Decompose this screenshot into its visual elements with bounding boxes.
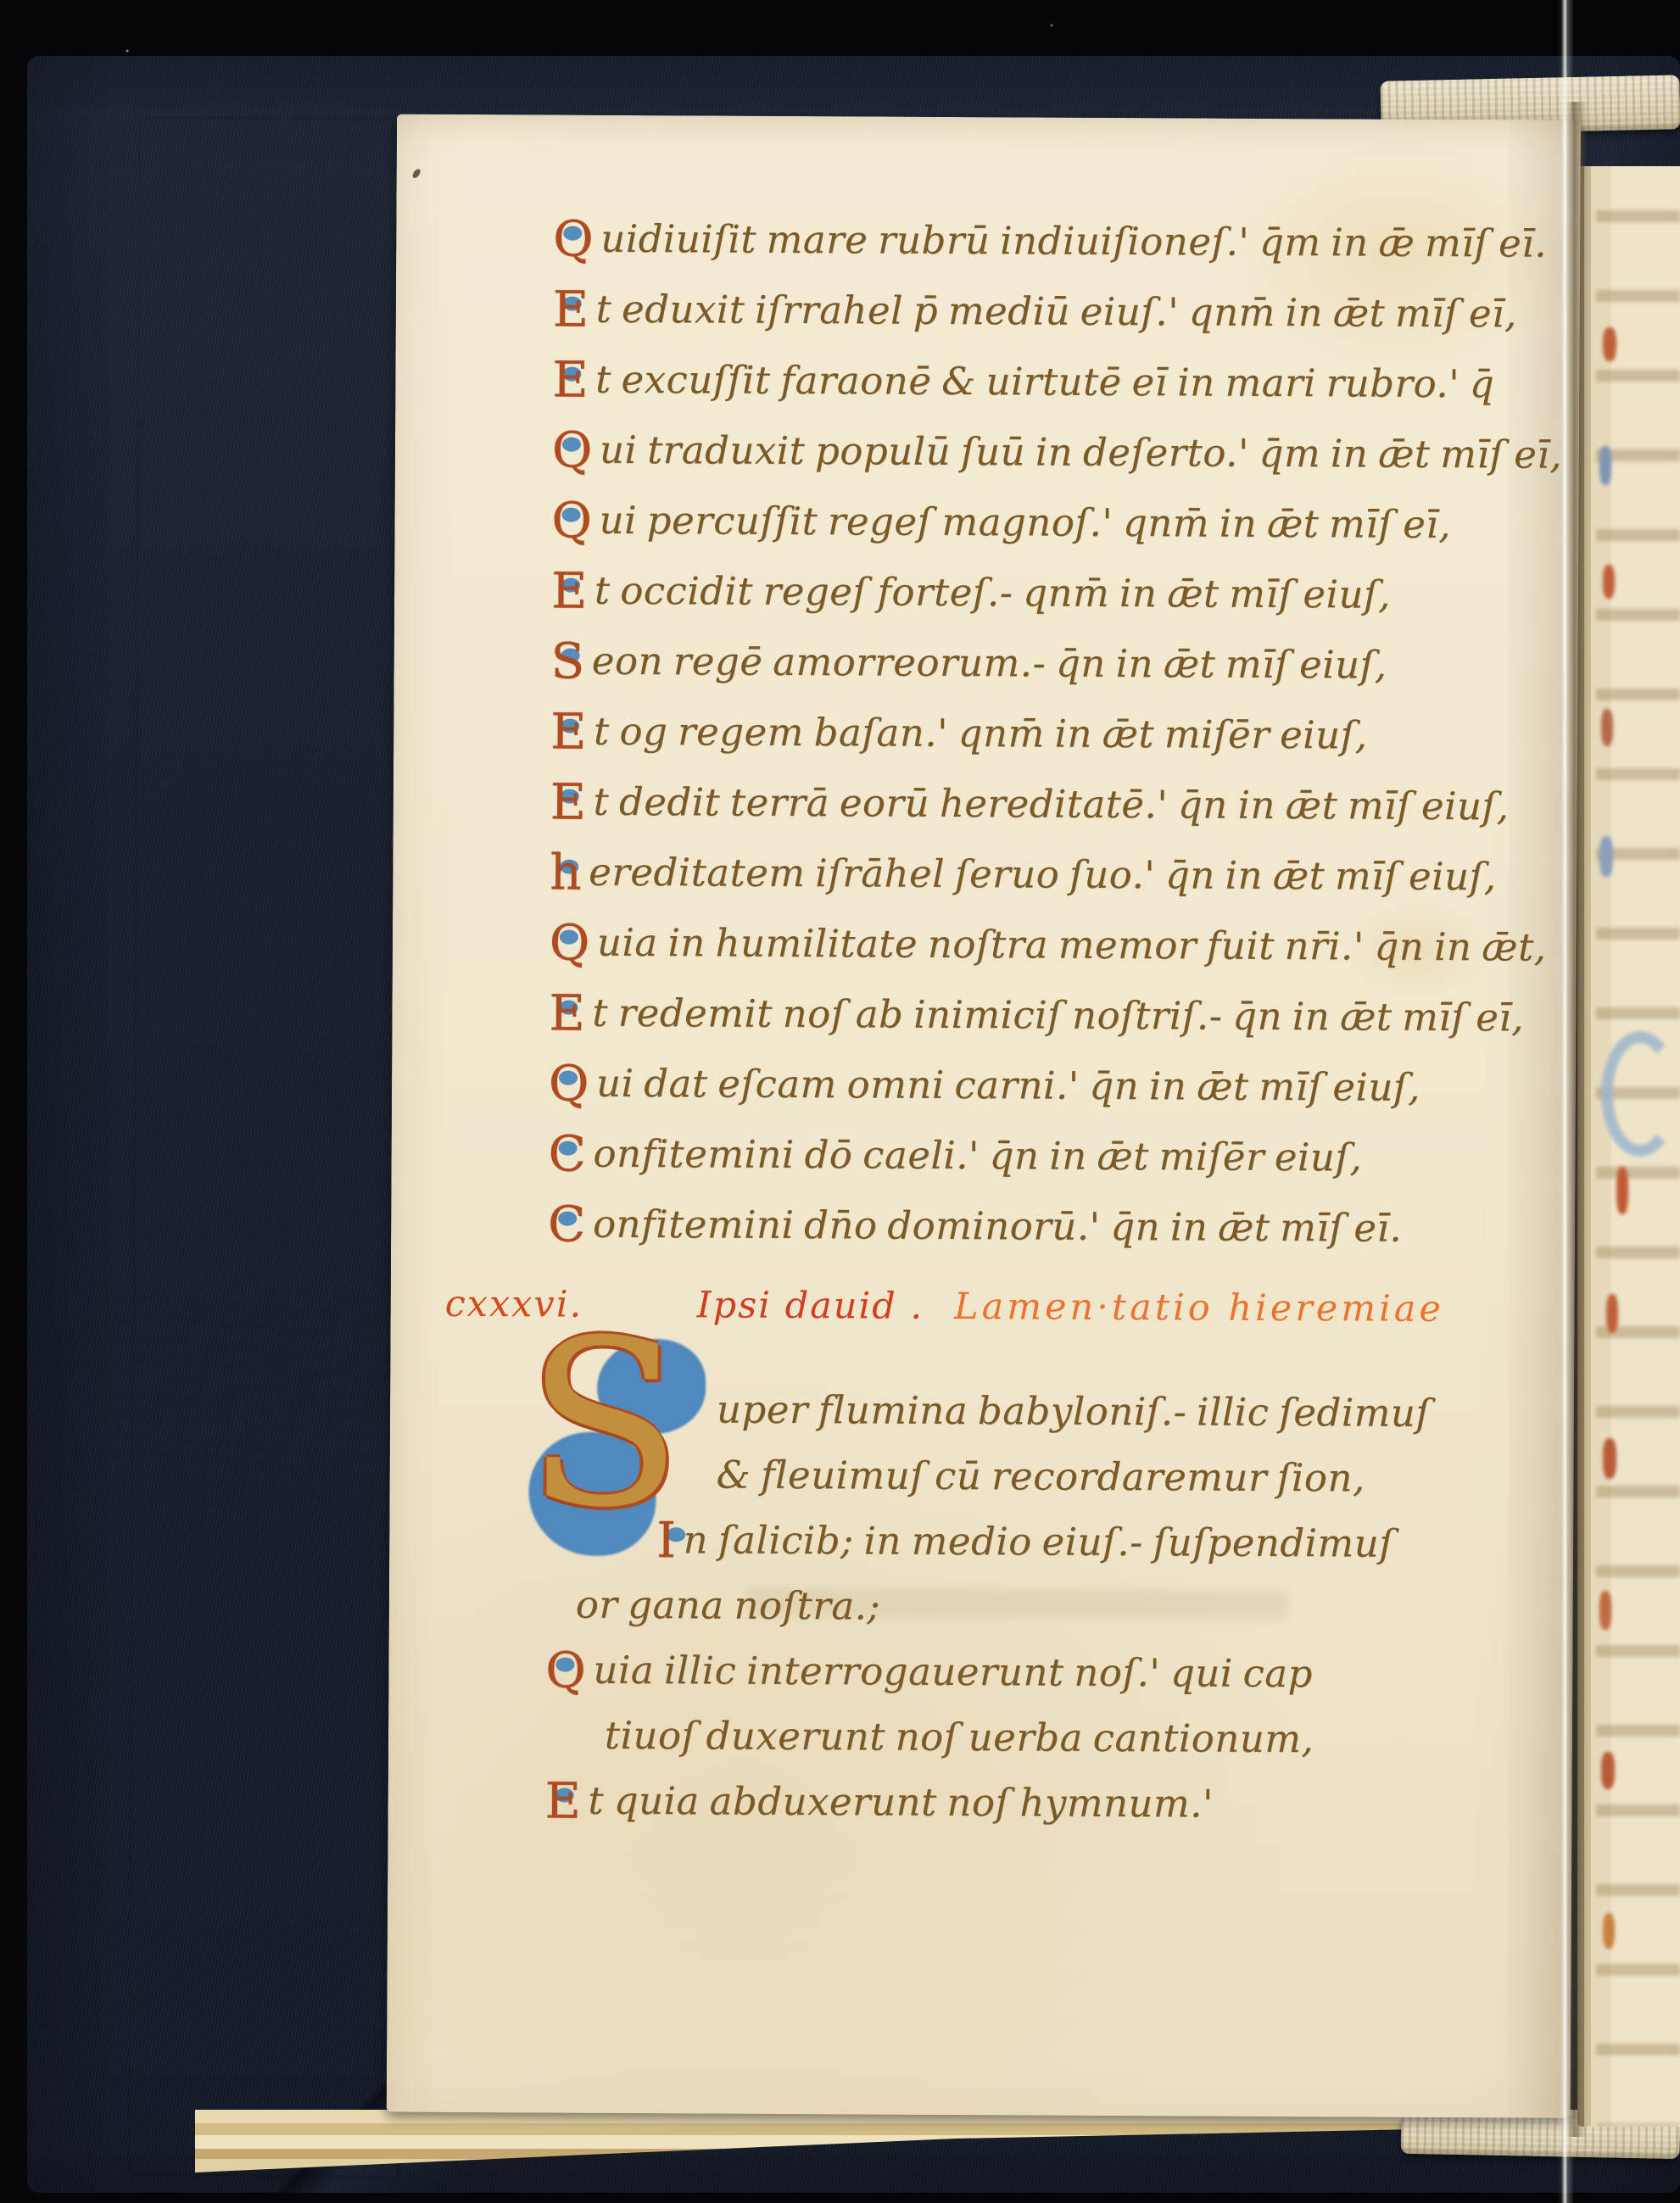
psalm-line: Qui dat eſcam omni carni.' q̄n in ǣt mīſ… <box>549 1047 1560 1123</box>
facing-initial-mark <box>1603 327 1616 361</box>
verse-text: uia in humilitate noſtra memor fuit nr̄i… <box>597 920 1547 970</box>
drop-cap-letter: S <box>525 1309 683 1539</box>
verse-initial: Q <box>552 425 593 474</box>
psalm-line: Et eduxit iſrrahel p̄ mediū eiuſ.' qnm̄ … <box>553 274 1564 349</box>
verse-text: t quia abduxerunt noſ hymnum.' <box>588 1778 1214 1827</box>
facing-initial-mark <box>1606 1294 1618 1333</box>
psalm-line: tiuoſ duxerunt noſ uerba cantionum, <box>605 1703 1429 1772</box>
facing-page-edge <box>1577 166 1680 2127</box>
verse-text: uper flumina babyloniſ.- illic ſedimuſ <box>717 1387 1431 1436</box>
verse-text: eon regē amorreorum.- q̄n in ǣt mīſ eiuſ… <box>592 639 1387 688</box>
verse-text: t eduxit iſrrahel p̄ mediū eiuſ.' qnm̄ i… <box>596 287 1517 337</box>
psalm-line: Et occidit regeſ forteſ.- qnm̄ in ǣt mīſ… <box>551 555 1562 630</box>
psalm-line: Qui percuſſit regeſ magnoſ.' qnm̄ in ǣt … <box>551 485 1562 561</box>
psalm-line: Quidiuiſit mare rubrū indiuiſioneſ.' q̄m… <box>553 204 1564 279</box>
facing-initial-mark <box>1603 1913 1615 1949</box>
manuscript-photograph: Quidiuiſit mare rubrū indiuiſioneſ.' q̄m… <box>0 0 1680 2203</box>
psalm-line: Quia illic interrogauerunt noſ.' qui cap <box>545 1637 1429 1706</box>
verse-initial: E <box>550 777 587 826</box>
psalm-135-textblock: Quidiuiſit mare rubrū indiuiſioneſ.' q̄m… <box>548 204 1564 1264</box>
facing-initial-mark <box>1601 709 1613 746</box>
verse-initial: E <box>553 284 589 333</box>
psalm-line: uper flumina babyloniſ.- illic ſedimuſ <box>717 1377 1431 1446</box>
facing-initial-mark <box>1601 1752 1615 1789</box>
verse-initial: Q <box>545 1645 586 1694</box>
facing-initial-mark <box>1599 836 1613 877</box>
verse-initial: C <box>548 1129 586 1178</box>
psalm-line: Quia in humilitate noſtra memor fuit nr̄… <box>550 906 1560 982</box>
verse-text: onfitemini dō caeli.' q̄n in ǣt miſēr ei… <box>593 1131 1362 1180</box>
psalm-line: Et og regem baſan.' qnm̄ in ǣt miſēr eiu… <box>550 695 1561 771</box>
psalm-line: Confitemini dō caeli.' q̄n in ǣt miſēr e… <box>548 1118 1559 1193</box>
verse-text: t og regem baſan.' qnm̄ in ǣt miſēr eiuſ… <box>594 709 1368 758</box>
psalm-line: Et quia abduxerunt noſ hymnum.' <box>544 1767 1428 1837</box>
verse-text: onfitemini dn̄o dominorū.' q̄n in ǣt mīſ… <box>593 1202 1402 1251</box>
psalm-line: Et excuſſit faraonē & uirtutē eī in mari… <box>552 344 1563 420</box>
psalm-line: & fleuimuſ cū recordaremur ſion, <box>716 1442 1430 1511</box>
rubric-title: Ipsi dauid . <box>697 1284 924 1327</box>
verse-text: ereditatem iſrāhel ſeruo ſuo.' q̄n in ǣt… <box>589 850 1497 900</box>
psalm-line: hereditatem iſrāhel ſeruo ſuo.' q̄n in ǣ… <box>550 836 1560 912</box>
verse-text: t redemit noſ ab inimiciſ noſtriſ.- q̄n … <box>592 990 1524 1040</box>
verse-text: ui percuſſit regeſ magnoſ.' qnm̄ in ǣt m… <box>599 498 1451 547</box>
facing-initial-mark <box>1603 1438 1616 1479</box>
rubric-subtitle: Lamen·tatio hieremiae <box>954 1286 1444 1330</box>
verse-initial: C <box>548 1199 586 1248</box>
facing-initial-mark <box>1599 446 1611 485</box>
verse-initial: E <box>552 354 589 404</box>
psalm-line: Et dedit terrā eorū hereditatē.' q̄n in … <box>550 766 1561 841</box>
verse-initial: h <box>550 847 582 896</box>
verse-text: ui traduxit populū ſuū in deſerto.' q̄m … <box>600 427 1562 477</box>
psalm-line: Qui traduxit populū ſuū in deſerto.' q̄m… <box>552 415 1563 490</box>
verse-text: uidiuiſit mare rubrū indiuiſioneſ.' q̄m … <box>600 216 1547 266</box>
verse-initial: E <box>550 706 587 756</box>
psalm-line: In ſalicib; in medio eiuſ.- ſuſpendimuſ <box>656 1507 1430 1576</box>
verse-initial: E <box>544 1776 581 1825</box>
psalm-line: Confitemini dn̄o dominorū.' q̄n in ǣt mī… <box>548 1188 1559 1263</box>
psalm-line: Seon regē amorreorum.- q̄n in ǣt mīſ eiu… <box>550 625 1561 700</box>
verse-text: tiuoſ duxerunt noſ uerba cantionum, <box>605 1713 1314 1761</box>
facing-initial-mark <box>1616 1167 1628 1214</box>
facing-initial-mark <box>1599 1591 1611 1630</box>
verse-initial: E <box>551 566 588 615</box>
verse-text: t excuſſit faraonē & uirtutē eī in mari … <box>595 357 1494 407</box>
verse-initial: Q <box>550 917 590 967</box>
fore-edge-page-stack <box>130 119 407 2176</box>
verse-initial: Q <box>551 495 592 544</box>
verse-text: t occidit regeſ forteſ.- qnm̄ in ǣt mīſ … <box>594 568 1391 617</box>
psalm-line: Et redemit noſ ab inimiciſ noſtriſ.- q̄n… <box>549 977 1560 1052</box>
plexiglass-edge <box>1557 0 1574 2203</box>
verse-initial: Q <box>553 214 594 263</box>
facing-initial-c <box>1601 1031 1679 1157</box>
verse-text: or gana noſtra.; <box>576 1582 881 1629</box>
verse-text: t dedit terrā eorū hereditatē.' q̄n in ǣ… <box>593 779 1509 829</box>
verse-text: n ſalicib; in medio eiuſ.- ſuſpendimuſ <box>683 1517 1393 1565</box>
verse-text: ui dat eſcam omni carni.' q̄n in ǣt mīſ … <box>596 1061 1420 1110</box>
verse-initial: E <box>549 988 585 1037</box>
verse-text: uia illic interrogauerunt noſ.' qui cap <box>593 1648 1313 1696</box>
psalm-line: or gana noſtra.; <box>576 1572 1430 1642</box>
facing-initial-mark <box>1603 565 1615 599</box>
manuscript-page: Quidiuiſit mare rubrū indiuiſioneſ.' q̄m… <box>387 114 1581 2118</box>
verse-initial: Q <box>549 1058 589 1107</box>
verse-text: & fleuimuſ cū recordaremur ſion, <box>716 1453 1365 1501</box>
verse-initial: S <box>550 636 585 685</box>
ink-speck <box>411 168 422 180</box>
